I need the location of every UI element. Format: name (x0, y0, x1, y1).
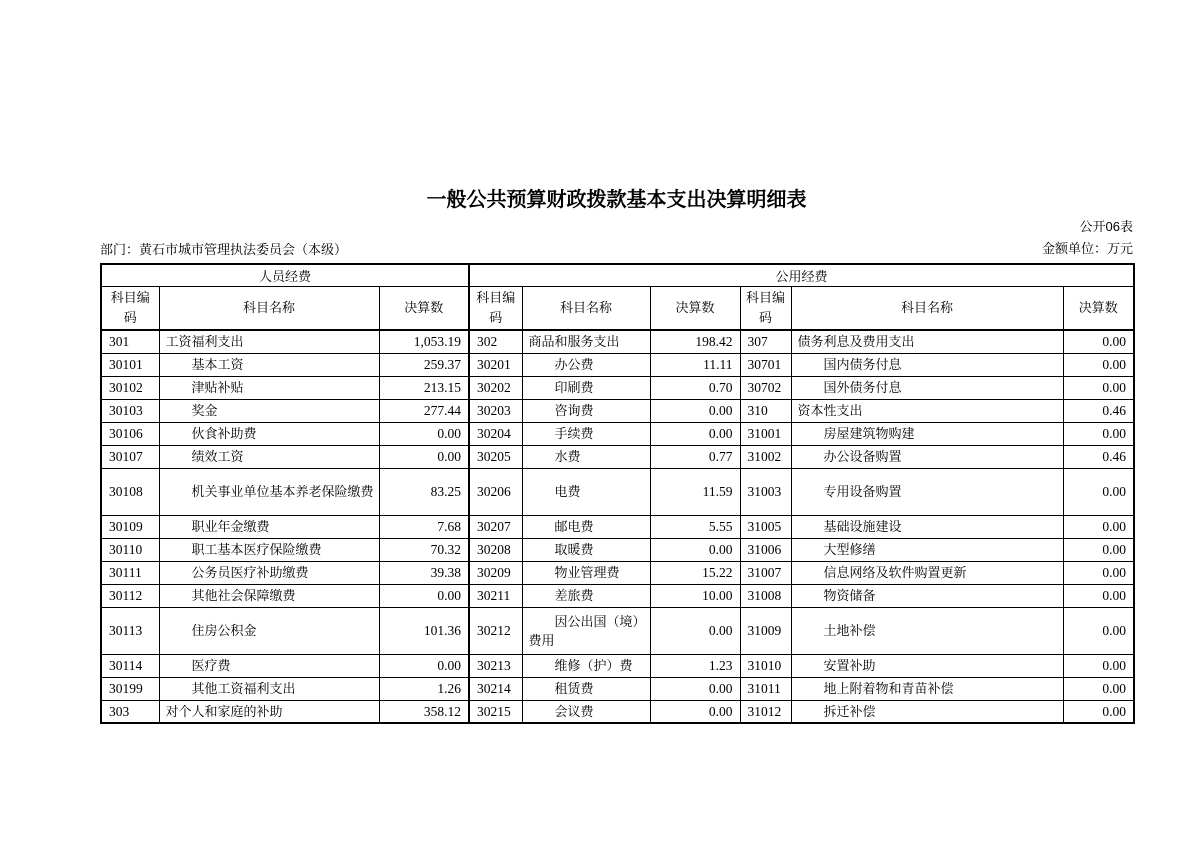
cell-final-amount: 0.00 (1063, 330, 1134, 353)
cell-subject-name: 拆迁补偿 (791, 700, 1063, 723)
cell-subject-code: 30102 (101, 376, 159, 399)
cell-subject-code: 30110 (101, 538, 159, 561)
cell-subject-name: 土地补偿 (791, 607, 1063, 654)
cell-final-amount: 0.00 (650, 700, 740, 723)
cell-subject-code: 307 (740, 330, 791, 353)
cell-final-amount: 15.22 (650, 561, 740, 584)
cell-final-amount: 0.00 (379, 445, 469, 468)
cell-subject-code: 30101 (101, 353, 159, 376)
cell-final-amount: 0.00 (1063, 515, 1134, 538)
doc-number: 公开06表 (1042, 216, 1133, 238)
table-row: 30199其他工资福利支出1.2630214租赁费0.0031011地上附着物和… (101, 677, 1134, 700)
cell-subject-name: 水费 (522, 445, 650, 468)
cell-final-amount: 1,053.19 (379, 330, 469, 353)
cell-subject-code: 31005 (740, 515, 791, 538)
column-header: 科目编码 (469, 286, 522, 330)
cell-final-amount: 101.36 (379, 607, 469, 654)
page-title: 一般公共预算财政拨款基本支出决算明细表 (100, 183, 1133, 212)
cell-subject-name: 绩效工资 (159, 445, 379, 468)
cell-final-amount: 70.32 (379, 538, 469, 561)
cell-subject-name: 奖金 (159, 399, 379, 422)
cell-subject-name: 安置补助 (791, 654, 1063, 677)
cell-subject-name: 公务员医疗补助缴费 (159, 561, 379, 584)
cell-subject-name: 伙食补助费 (159, 422, 379, 445)
cell-subject-code: 31010 (740, 654, 791, 677)
cell-subject-name: 物业管理费 (522, 561, 650, 584)
cell-subject-code: 30106 (101, 422, 159, 445)
cell-final-amount: 11.59 (650, 468, 740, 515)
cell-final-amount: 0.00 (1063, 607, 1134, 654)
cell-subject-name: 印刷费 (522, 376, 650, 399)
cell-final-amount: 0.00 (650, 607, 740, 654)
group-header-personnel: 人员经费 (101, 264, 469, 286)
table-row: 303对个人和家庭的补助358.1230215会议费0.0031012拆迁补偿0… (101, 700, 1134, 723)
cell-subject-code: 31008 (740, 584, 791, 607)
table-row: 30108机关事业单位基本养老保险缴费83.2530206电费11.593100… (101, 468, 1134, 515)
cell-subject-code: 30205 (469, 445, 522, 468)
column-header: 科目编码 (101, 286, 159, 330)
cell-subject-code: 30203 (469, 399, 522, 422)
cell-subject-name: 职业年金缴费 (159, 515, 379, 538)
table-row: 30103奖金277.4430203咨询费0.00310资本性支出0.46 (101, 399, 1134, 422)
cell-final-amount: 0.00 (379, 654, 469, 677)
cell-subject-name: 工资福利支出 (159, 330, 379, 353)
cell-subject-code: 30214 (469, 677, 522, 700)
table-row: 30113住房公积金101.3630212因公出国（境）费用0.0031009土… (101, 607, 1134, 654)
cell-subject-code: 30201 (469, 353, 522, 376)
cell-subject-code: 303 (101, 700, 159, 723)
cell-final-amount: 0.46 (1063, 399, 1134, 422)
table-row: 30110职工基本医疗保险缴费70.3230208取暖费0.0031006大型修… (101, 538, 1134, 561)
cell-subject-code: 30212 (469, 607, 522, 654)
cell-subject-code: 31001 (740, 422, 791, 445)
cell-subject-name: 手续费 (522, 422, 650, 445)
cell-subject-code: 30213 (469, 654, 522, 677)
column-header-row: 科目编码科目名称决算数科目编码科目名称决算数科目编码科目名称决算数 (101, 286, 1134, 330)
cell-final-amount: 358.12 (379, 700, 469, 723)
cell-final-amount: 0.00 (650, 538, 740, 561)
cell-subject-code: 30112 (101, 584, 159, 607)
cell-subject-code: 30206 (469, 468, 522, 515)
document-page: 一般公共预算财政拨款基本支出决算明细表 公开06表 金额单位：万元 部门：黄石市… (0, 0, 1200, 848)
cell-subject-name: 国外债务付息 (791, 376, 1063, 399)
cell-final-amount: 0.70 (650, 376, 740, 399)
cell-final-amount: 0.46 (1063, 445, 1134, 468)
cell-subject-code: 30113 (101, 607, 159, 654)
cell-final-amount: 0.00 (650, 399, 740, 422)
cell-final-amount: 0.00 (1063, 538, 1134, 561)
cell-subject-name: 基本工资 (159, 353, 379, 376)
cell-subject-code: 31007 (740, 561, 791, 584)
cell-subject-code: 30208 (469, 538, 522, 561)
table-row: 301工资福利支出1,053.19302商品和服务支出198.42307债务利息… (101, 330, 1134, 353)
column-header: 科目名称 (159, 286, 379, 330)
cell-subject-code: 30114 (101, 654, 159, 677)
cell-subject-name: 债务利息及费用支出 (791, 330, 1063, 353)
cell-subject-code: 30204 (469, 422, 522, 445)
column-header: 决算数 (650, 286, 740, 330)
cell-subject-name: 信息网络及软件购置更新 (791, 561, 1063, 584)
cell-subject-name: 其他社会保障缴费 (159, 584, 379, 607)
cell-final-amount: 0.00 (1063, 468, 1134, 515)
cell-final-amount: 5.55 (650, 515, 740, 538)
column-header: 科目名称 (522, 286, 650, 330)
cell-subject-code: 30702 (740, 376, 791, 399)
cell-subject-name: 住房公积金 (159, 607, 379, 654)
cell-subject-name: 医疗费 (159, 654, 379, 677)
cell-subject-name: 维修（护）费 (522, 654, 650, 677)
cell-subject-code: 30103 (101, 399, 159, 422)
cell-final-amount: 0.77 (650, 445, 740, 468)
budget-table-wrap: 人员经费 公用经费 科目编码科目名称决算数科目编码科目名称决算数科目编码科目名称… (100, 263, 1135, 724)
cell-final-amount: 0.00 (379, 584, 469, 607)
cell-subject-name: 资本性支出 (791, 399, 1063, 422)
table-row: 30112其他社会保障缴费0.0030211差旅费10.0031008物资储备0… (101, 584, 1134, 607)
cell-subject-name: 因公出国（境）费用 (522, 607, 650, 654)
cell-final-amount: 0.00 (1063, 654, 1134, 677)
cell-final-amount: 7.68 (379, 515, 469, 538)
cell-final-amount: 1.23 (650, 654, 740, 677)
cell-subject-code: 30202 (469, 376, 522, 399)
cell-subject-name: 专用设备购置 (791, 468, 1063, 515)
cell-final-amount: 39.38 (379, 561, 469, 584)
cell-subject-code: 30701 (740, 353, 791, 376)
cell-subject-name: 职工基本医疗保险缴费 (159, 538, 379, 561)
cell-subject-code: 31003 (740, 468, 791, 515)
cell-subject-name: 会议费 (522, 700, 650, 723)
column-header: 科目名称 (791, 286, 1063, 330)
cell-subject-name: 其他工资福利支出 (159, 677, 379, 700)
cell-final-amount: 0.00 (1063, 584, 1134, 607)
column-header: 科目编码 (740, 286, 791, 330)
cell-subject-code: 30209 (469, 561, 522, 584)
cell-subject-code: 31009 (740, 607, 791, 654)
cell-subject-name: 办公费 (522, 353, 650, 376)
cell-subject-name: 租赁费 (522, 677, 650, 700)
cell-final-amount: 0.00 (1063, 677, 1134, 700)
column-header: 决算数 (379, 286, 469, 330)
cell-final-amount: 10.00 (650, 584, 740, 607)
cell-final-amount: 0.00 (379, 422, 469, 445)
cell-subject-code: 31011 (740, 677, 791, 700)
cell-subject-name: 差旅费 (522, 584, 650, 607)
cell-final-amount: 0.00 (1063, 700, 1134, 723)
table-row: 30102津贴补贴213.1530202印刷费0.7030702国外债务付息0.… (101, 376, 1134, 399)
cell-subject-code: 30215 (469, 700, 522, 723)
table-row: 30107绩效工资0.0030205水费0.7731002办公设备购置0.46 (101, 445, 1134, 468)
cell-subject-name: 大型修缮 (791, 538, 1063, 561)
cell-subject-code: 30207 (469, 515, 522, 538)
group-header-row: 人员经费 公用经费 (101, 264, 1134, 286)
cell-subject-name: 房屋建筑物购建 (791, 422, 1063, 445)
cell-subject-name: 取暖费 (522, 538, 650, 561)
cell-final-amount: 0.00 (1063, 561, 1134, 584)
cell-final-amount: 213.15 (379, 376, 469, 399)
cell-final-amount: 198.42 (650, 330, 740, 353)
cell-final-amount: 1.26 (379, 677, 469, 700)
cell-subject-code: 30211 (469, 584, 522, 607)
cell-subject-code: 301 (101, 330, 159, 353)
meta-right-block: 公开06表 金额单位：万元 (1042, 216, 1133, 260)
cell-subject-name: 电费 (522, 468, 650, 515)
cell-subject-name: 邮电费 (522, 515, 650, 538)
cell-final-amount: 259.37 (379, 353, 469, 376)
table-row: 30111公务员医疗补助缴费39.3830209物业管理费15.2231007信… (101, 561, 1134, 584)
cell-final-amount: 0.00 (1063, 376, 1134, 399)
department-label: 部门：黄石市城市管理执法委员会（本级） (100, 239, 347, 258)
cell-subject-name: 国内债务付息 (791, 353, 1063, 376)
cell-subject-code: 31006 (740, 538, 791, 561)
cell-final-amount: 0.00 (1063, 353, 1134, 376)
cell-subject-name: 咨询费 (522, 399, 650, 422)
cell-final-amount: 0.00 (1063, 422, 1134, 445)
table-row: 30114医疗费0.0030213维修（护）费1.2331010安置补助0.00 (101, 654, 1134, 677)
budget-table: 人员经费 公用经费 科目编码科目名称决算数科目编码科目名称决算数科目编码科目名称… (100, 263, 1135, 724)
column-header: 决算数 (1063, 286, 1134, 330)
group-header-public: 公用经费 (469, 264, 1134, 286)
table-row: 30101基本工资259.3730201办公费11.1130701国内债务付息0… (101, 353, 1134, 376)
cell-subject-name: 地上附着物和青苗补偿 (791, 677, 1063, 700)
cell-subject-code: 31002 (740, 445, 791, 468)
cell-subject-code: 30109 (101, 515, 159, 538)
cell-subject-name: 办公设备购置 (791, 445, 1063, 468)
cell-subject-code: 310 (740, 399, 791, 422)
cell-subject-code: 30199 (101, 677, 159, 700)
cell-subject-name: 物资储备 (791, 584, 1063, 607)
cell-final-amount: 0.00 (650, 422, 740, 445)
cell-subject-code: 30111 (101, 561, 159, 584)
cell-subject-name: 基础设施建设 (791, 515, 1063, 538)
cell-final-amount: 277.44 (379, 399, 469, 422)
cell-final-amount: 0.00 (650, 677, 740, 700)
cell-subject-code: 30108 (101, 468, 159, 515)
cell-final-amount: 83.25 (379, 468, 469, 515)
cell-final-amount: 11.11 (650, 353, 740, 376)
cell-subject-code: 31012 (740, 700, 791, 723)
cell-subject-name: 对个人和家庭的补助 (159, 700, 379, 723)
unit-label: 金额单位：万元 (1042, 238, 1133, 260)
table-row: 30109职业年金缴费7.6830207邮电费5.5531005基础设施建设0.… (101, 515, 1134, 538)
cell-subject-code: 30107 (101, 445, 159, 468)
cell-subject-name: 津贴补贴 (159, 376, 379, 399)
table-row: 30106伙食补助费0.0030204手续费0.0031001房屋建筑物购建0.… (101, 422, 1134, 445)
cell-subject-name: 商品和服务支出 (522, 330, 650, 353)
cell-subject-code: 302 (469, 330, 522, 353)
cell-subject-name: 机关事业单位基本养老保险缴费 (159, 468, 379, 515)
